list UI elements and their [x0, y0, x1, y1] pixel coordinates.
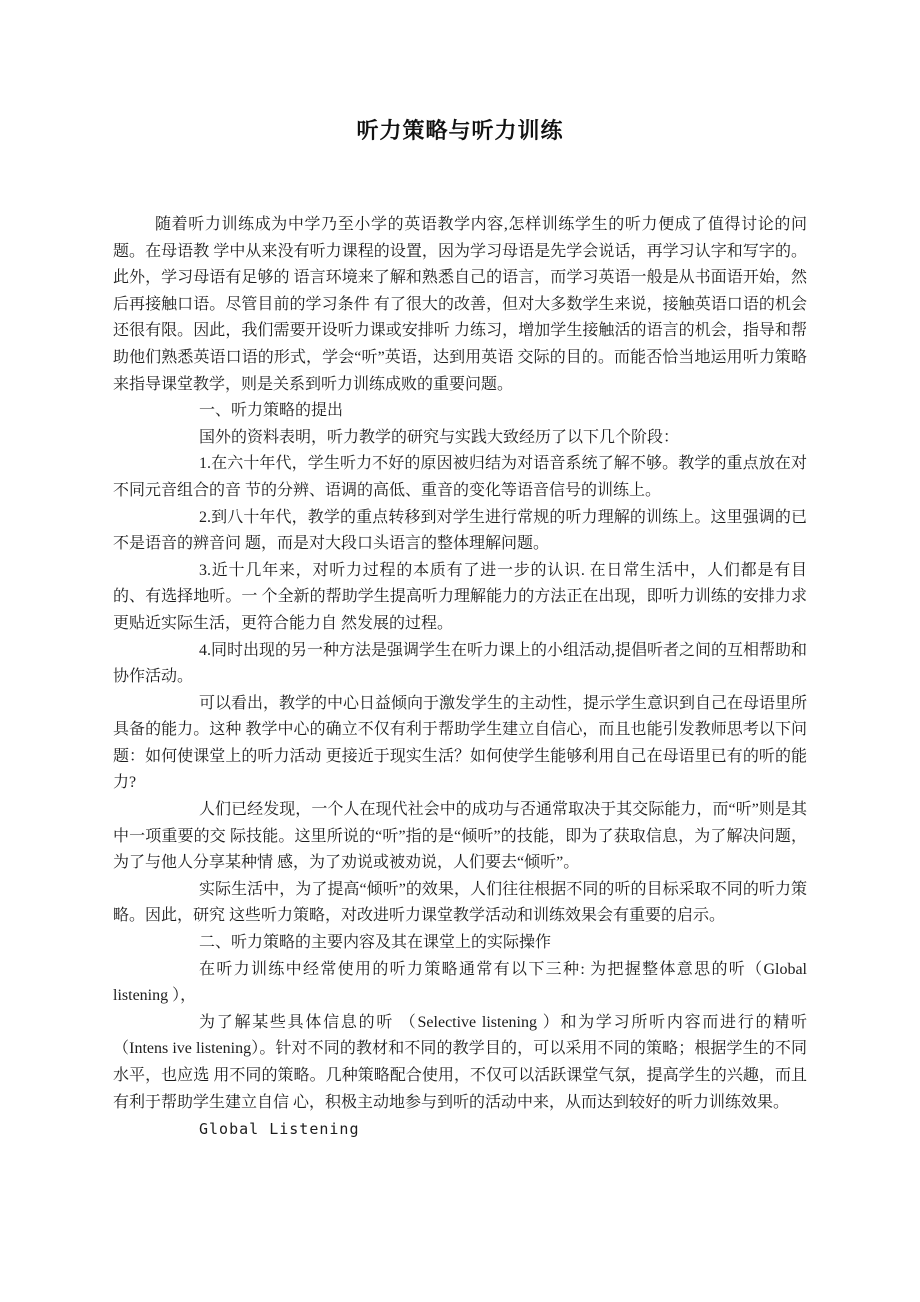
paragraph-stage-3: 3.近十几年来，对听力过程的本质有了进一步的认识. 在日常生活中，人们都是有目的…	[113, 558, 807, 638]
paragraph-overview: 国外的资料表明，听力教学的研究与实践大致经历了以下几个阶段：	[113, 425, 807, 452]
paragraph-listening: 人们已经发现，一个人在现代社会中的成功与否通常取决于其交际能力，而“听”则是其中…	[113, 797, 807, 877]
section-heading-1: 一、听力策略的提出	[113, 398, 807, 425]
subheading-global-listening: Global Listening	[113, 1116, 807, 1143]
paragraph-stage-4: 4.同时出现的另一种方法是强调学生在听力课上的小组活动,提倡听者之间的互相帮助和…	[113, 638, 807, 691]
paragraph-stage-2: 2.到八十年代，教学的重点转移到对学生进行常规的听力理解的训练上。这里强调的已不…	[113, 505, 807, 558]
paragraph-summary: 可以看出，教学的中心日益倾向于激发学生的主动性，提示学生意识到自己在母语里所具备…	[113, 691, 807, 797]
document-page: 听力策略与听力训练 随着听力训练成为中学乃至小学的英语教学内容,怎样训练学生的听…	[0, 0, 920, 1302]
paragraph-strategies: 在听力训练中经常使用的听力策略通常有以下三种: 为把握整体意思的听（Global…	[113, 957, 807, 1010]
section-heading-2: 二、听力策略的主要内容及其在课堂上的实际操作	[113, 930, 807, 957]
paragraph-real-life: 实际生活中，为了提高“倾听”的效果，人们往往根据不同的听的目标采取不同的听力策略…	[113, 877, 807, 930]
document-body: 随着听力训练成为中学乃至小学的英语教学内容,怎样训练学生的听力便成了值得讨论的问…	[113, 212, 807, 1143]
paragraph-strategy-mix: 为了解某些具体信息的听 （Selective listening ）和为学习所听…	[113, 1010, 807, 1116]
paragraph-intro: 随着听力训练成为中学乃至小学的英语教学内容,怎样训练学生的听力便成了值得讨论的问…	[113, 212, 807, 398]
document-title: 听力策略与听力训练	[0, 114, 920, 145]
paragraph-stage-1: 1.在六十年代，学生听力不好的原因被归结为对语音系统了解不够。教学的重点放在对不…	[113, 451, 807, 504]
